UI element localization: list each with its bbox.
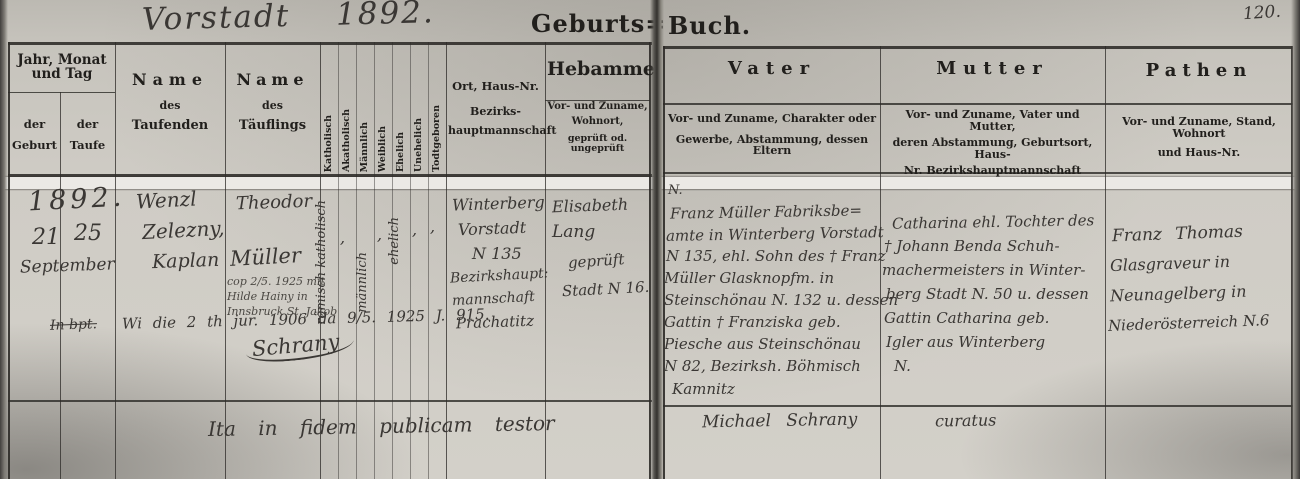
label: Männlich xyxy=(360,122,370,172)
entry-place-line: Winterberg xyxy=(452,194,545,214)
entry-father-line: Franz Müller Fabriksbe= xyxy=(670,203,862,222)
label: deren Abstammung, Geburtsort, Haus- xyxy=(884,137,1101,160)
col-header-godparents: Pathen xyxy=(1107,62,1291,81)
rule xyxy=(1105,46,1106,479)
col-header-katholisch: Katholisch xyxy=(320,48,338,172)
label: Taufenden xyxy=(117,119,223,133)
ditto-mark: , xyxy=(430,219,435,236)
col-header-place: Ort, Haus-Nr. Bezirks- hauptmannschaft xyxy=(448,80,543,136)
entry-midwife-line: geprüft xyxy=(568,252,625,272)
entry-godparent-line: Neunagelberg in xyxy=(1110,284,1247,306)
rule xyxy=(663,46,665,479)
rule xyxy=(60,92,61,479)
col-header-father: Vater xyxy=(665,60,879,79)
col-header-ehelich: Ehelich xyxy=(392,48,410,172)
label: Katholisch xyxy=(324,115,334,172)
entry-attestation: Ita in fidem publicam testor xyxy=(208,413,555,440)
rule xyxy=(8,92,115,93)
label: Bezirks- xyxy=(448,106,543,118)
ditto-mark: , xyxy=(340,230,345,247)
entry-baptizer-line: Zelezny, xyxy=(142,218,225,243)
rule xyxy=(225,42,226,479)
label: Gewerbe, Abstammung, dessen Eltern xyxy=(667,134,877,157)
entry-father-line: Gattin † Franziska geb. xyxy=(664,315,841,331)
entry-place-line: Bezirkshaupt: xyxy=(450,266,549,286)
col-header-baptizer: Name des Taufenden xyxy=(117,72,223,133)
col-header-date-line2: und Tag xyxy=(10,67,114,81)
label: der xyxy=(62,118,113,130)
entry-father-line: Müller Glasknopfm. in xyxy=(664,271,834,287)
entry-legitimacy-vertical: ehelich xyxy=(384,200,406,265)
label: Name xyxy=(117,72,223,89)
label: Weiblich xyxy=(378,126,388,172)
col-header-midwife: Hebamme Vor- und Zuname, Wohnort, geprüf… xyxy=(547,60,648,154)
rule xyxy=(8,400,652,402)
entry-child-note-line: Hilde Hainy in xyxy=(227,291,308,303)
entry-mother-line: † Johann Benda Schuh- xyxy=(884,239,1060,255)
entry-mother-line: berg Stadt N. 50 u. dessen xyxy=(886,287,1089,303)
label: Taufe xyxy=(62,139,113,151)
entry-godparent-line: Glasgraveur in xyxy=(1110,254,1231,275)
ditto-mark: , xyxy=(412,222,417,239)
label: Pathen xyxy=(1107,62,1291,81)
label: Vor- und Zuname, xyxy=(547,102,648,113)
col-subheader-father: Vor- und Zuname, Charakter oder Gewerbe,… xyxy=(667,113,877,157)
page-gutter xyxy=(650,0,664,479)
label: Täuflings xyxy=(227,119,318,133)
entry-father-line: N 82, Bezirksh. Böhmisch xyxy=(664,359,861,375)
label: Vater xyxy=(665,60,879,79)
entry-father-line: Kamnitz xyxy=(672,382,735,398)
label: Unehelich xyxy=(414,118,424,172)
entry-godparent-line: Franz Thomas xyxy=(1112,224,1243,246)
label: Wohnort, xyxy=(547,117,648,128)
label: männlich xyxy=(356,252,370,313)
entry-sex-vertical: männlich xyxy=(352,218,374,313)
entry-mother-line: machermeisters in Winter- xyxy=(882,263,1085,279)
col-header-maennlich: Männlich xyxy=(356,48,374,172)
rule xyxy=(663,103,1293,105)
col-subheader-mother: Vor- und Zuname, Vater und Mutter, deren… xyxy=(884,109,1101,177)
entry-mother-line: N. xyxy=(894,359,911,375)
entry-father-line: Piesche aus Steinschönau xyxy=(664,337,861,353)
label: Akatholisch xyxy=(342,109,352,172)
col-header-weiblich: Weiblich xyxy=(374,48,392,172)
entry-child-name: Theodor xyxy=(236,193,313,215)
entry-marginal-struck: In bpt. xyxy=(50,317,97,333)
entry-mother-line: Catharina ehl. Tochter des xyxy=(892,213,1094,232)
entry-father-mark: N. xyxy=(668,184,683,198)
scan-edge-right xyxy=(1291,0,1300,479)
book-title-right: Buch. xyxy=(668,13,751,38)
entry-place-line: N 135 xyxy=(472,246,522,263)
label: Name xyxy=(227,72,318,89)
entry-midwife-line: Stadt N 16. xyxy=(562,280,650,300)
rule xyxy=(663,405,1293,407)
label: Ehelich xyxy=(396,132,406,172)
label: Geburt xyxy=(10,139,59,151)
label: hauptmannschaft xyxy=(448,125,543,137)
page-script-title: Vorstadt 1892. xyxy=(142,0,436,36)
label: und Haus-Nr. xyxy=(1109,147,1289,159)
entry-baptizer-line: Kaplan xyxy=(152,251,220,273)
entry-father-line: Steinschönau N. 132 u. dessen xyxy=(664,293,898,309)
label: Vor- und Zuname, Stand, Wohnort xyxy=(1109,116,1289,139)
book-title-left: Geburts= xyxy=(531,11,666,36)
entry-priest-signature: Michael Schrany xyxy=(702,412,858,433)
label: römisch katholisch xyxy=(315,200,329,325)
col-subheader-baptism: der Taufe xyxy=(62,118,113,151)
label: Vor- und Zuname, Vater und Mutter, xyxy=(884,109,1101,132)
entry-father-line: N 135, ehl. Sohn des † Franz xyxy=(666,249,886,265)
label: des xyxy=(117,100,223,112)
entry-place-line: Vorstadt xyxy=(458,220,527,239)
label: Mutter xyxy=(882,60,1103,79)
label: des xyxy=(227,100,318,112)
rule xyxy=(8,42,652,45)
label: Todtgeboren xyxy=(432,105,442,172)
page-number: 120. xyxy=(1242,4,1281,24)
rule xyxy=(663,46,1293,49)
label: geprüft od. ungeprüft xyxy=(547,134,648,154)
entry-mother-line: Igler aus Winterberg xyxy=(886,335,1045,351)
col-header-date: Jahr, Monat und Tag xyxy=(10,53,114,81)
label: Hebamme xyxy=(547,60,648,80)
col-subheader-godparents: Vor- und Zuname, Stand, Wohnort und Haus… xyxy=(1109,116,1289,159)
entry-priest-title: curatus xyxy=(935,412,997,430)
col-subheader-birth: der Geburt xyxy=(10,118,59,151)
register-scan: Vorstadt 1892. Geburts= Buch. 120. Jahr,… xyxy=(0,0,1300,479)
entry-birth-day: 21 xyxy=(32,226,60,249)
col-header-child: Name des Täuflings xyxy=(227,72,318,133)
scan-edge-left xyxy=(0,0,8,479)
col-header-akatholisch: Akatholisch xyxy=(338,48,356,172)
entry-place-line: mannschaft xyxy=(452,290,536,309)
col-header-mother: Mutter xyxy=(882,60,1103,79)
col-header-todtgeboren: Todtgeboren xyxy=(428,48,446,172)
entry-baptizer-line: Wenzl xyxy=(135,188,197,212)
rule xyxy=(8,42,10,479)
col-header-date-line1: Jahr, Monat xyxy=(10,53,114,67)
label: ehelich xyxy=(388,217,402,265)
entry-godparent-line: Niederösterreich N.6 xyxy=(1108,313,1270,334)
label: der xyxy=(10,118,59,130)
entry-month: September xyxy=(20,256,115,277)
entry-baptism-day: 25 xyxy=(74,222,102,245)
entry-religion-vertical: römisch katholisch xyxy=(308,195,336,325)
label: Ort, Haus-Nr. xyxy=(448,80,543,92)
label: Nr. Bezirkshauptmannschaft xyxy=(884,165,1101,177)
label: Vor- und Zuname, Charakter oder xyxy=(667,113,877,125)
entry-year: 1892. xyxy=(27,183,126,216)
entry-midwife-line: Lang xyxy=(552,224,595,242)
entry-child-name: Müller xyxy=(229,244,301,270)
entry-mother-line: Gattin Catharina geb. xyxy=(884,311,1049,327)
entry-midwife-line: Elisabeth xyxy=(552,197,629,216)
rule xyxy=(8,174,652,177)
entry-place-line: Prachatitz xyxy=(456,314,534,332)
rule xyxy=(115,42,116,479)
entry-father-line: amte in Winterberg Vorstadt xyxy=(666,225,884,245)
ditto-mark: , xyxy=(377,227,382,244)
col-header-unehelich: Unehelich xyxy=(410,48,428,172)
